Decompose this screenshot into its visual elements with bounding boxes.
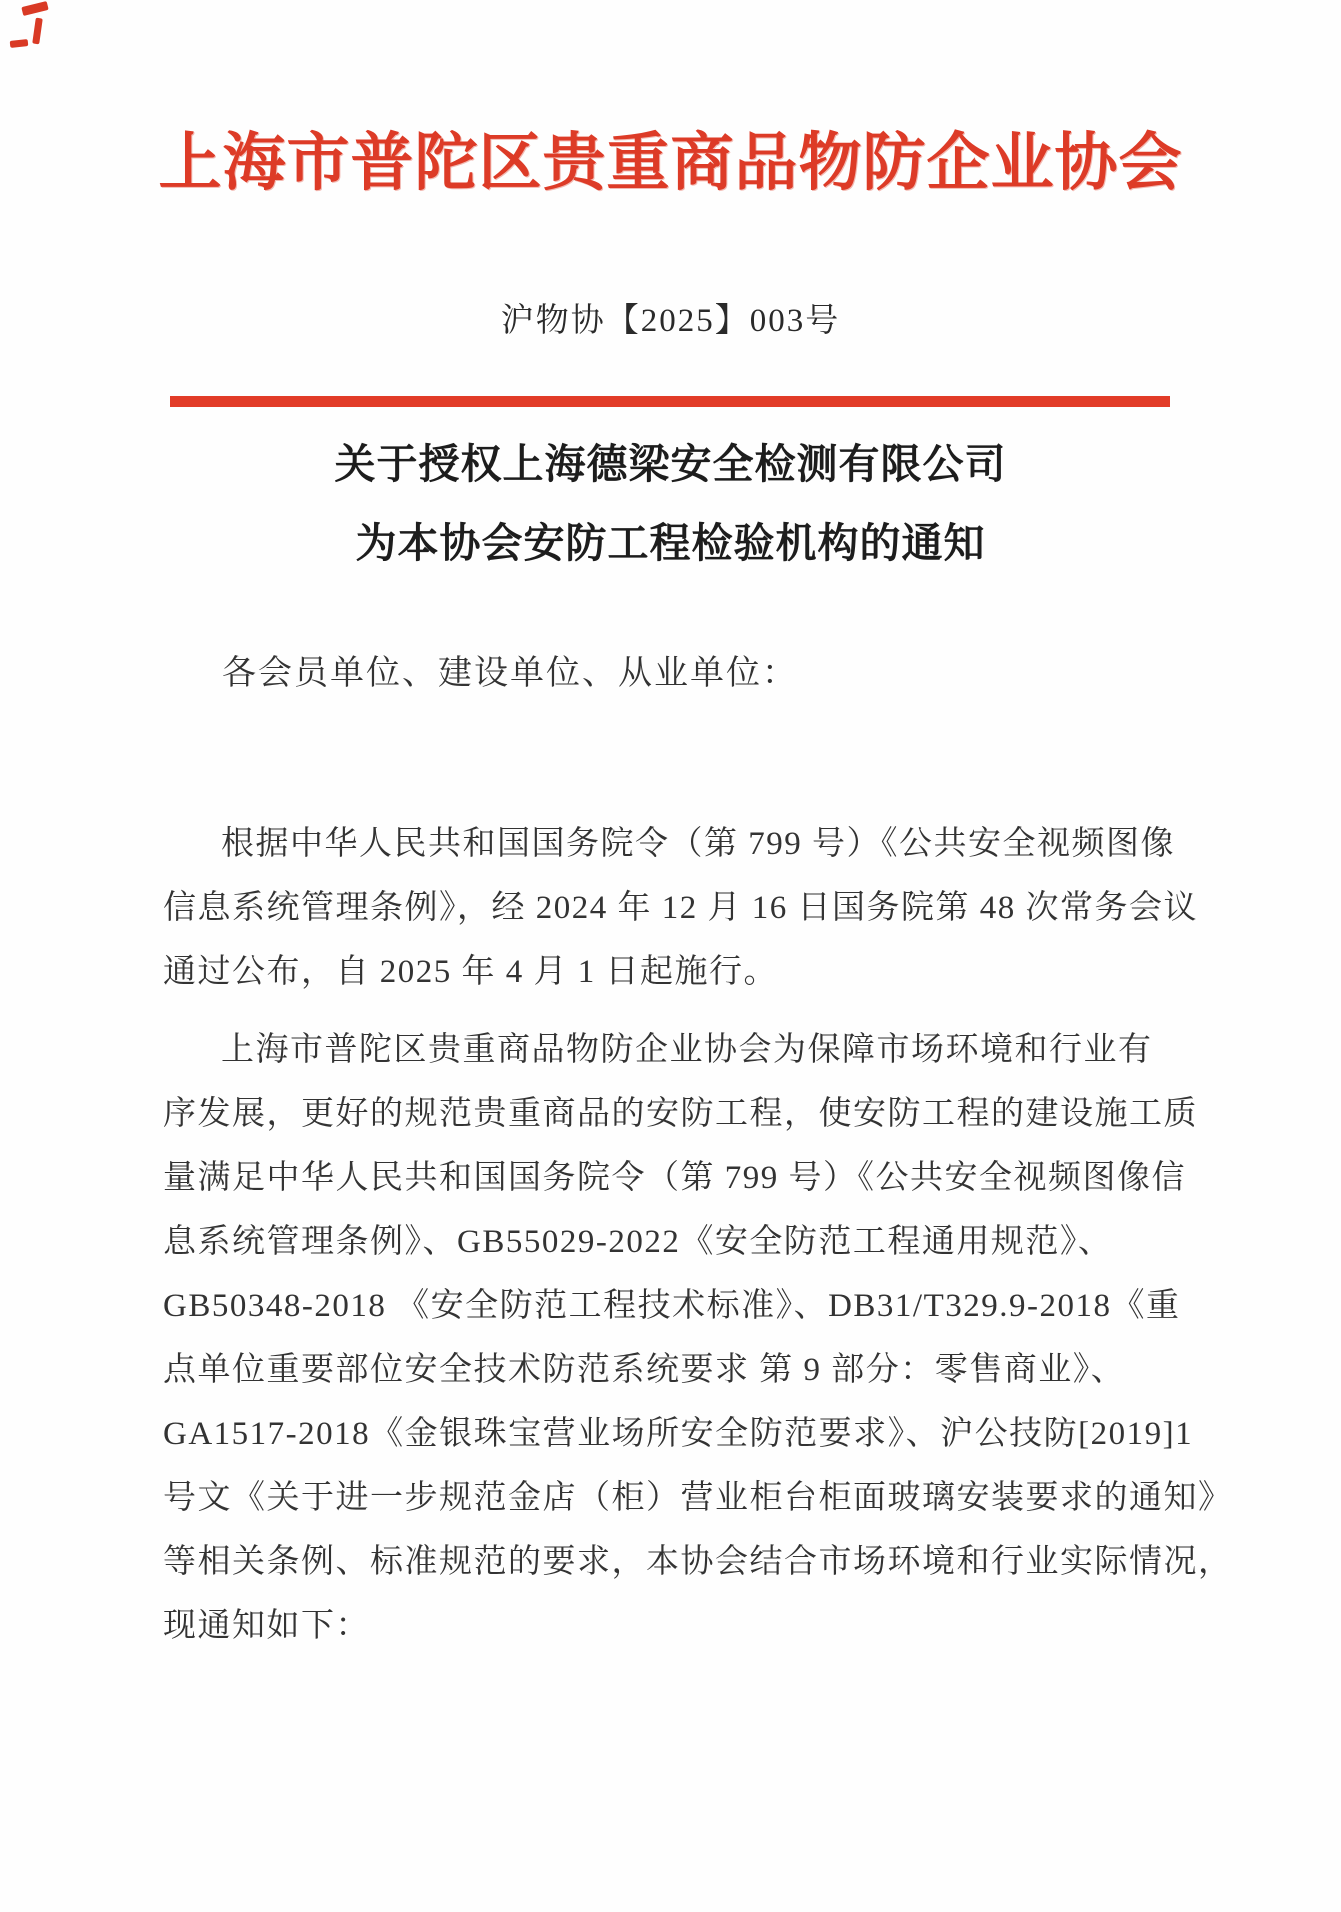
paragraph-line: 量满足中华人民共和国国务院令（第 799 号）《公共安全视频图像信 [163,1146,1183,1210]
subject-line-2: 为本协会安防工程检验机构的通知 [0,504,1341,583]
red-separator-line [170,396,1170,407]
salutation: 各会员单位、建设单位、从业单位： [222,650,798,698]
paragraph-line: 号文《关于进一步规范金店（柜）营业柜台柜面玻璃安装要求的通知》 [163,1466,1183,1530]
paragraph-line: GB50348-2018 《安全防范工程技术标准》、DB31/T329.9-20… [163,1274,1183,1338]
paragraph: 根据中华人民共和国国务院令（第 799 号）《公共安全视频图像信息系统管理条例》… [163,812,1183,1004]
paragraph-line: 现通知如下： [163,1594,1183,1658]
paragraph-line: 信息系统管理条例》，经 2024 年 12 月 16 日国务院第 48 次常务会… [163,876,1183,940]
scan-artifact [32,18,43,45]
scan-artifact [21,1,48,16]
paragraph-line: 上海市普陀区贵重商品物防企业协会为保障市场环境和行业有 [163,1018,1183,1082]
document-page: 上海市普陀区贵重商品物防企业协会 沪物协【2025】003号 关于授权上海德梁安… [0,0,1341,1912]
paragraph-line: 息系统管理条例》、GB55029-2022《安全防范工程通用规范》、 [163,1210,1183,1274]
subject-line-1: 关于授权上海德梁安全检测有限公司 [0,425,1341,504]
body-paragraphs: 根据中华人民共和国国务院令（第 799 号）《公共安全视频图像信息系统管理条例》… [163,812,1183,1658]
notice-subject: 关于授权上海德梁安全检测有限公司 为本协会安防工程检验机构的通知 [0,425,1341,583]
paragraph-line: GA1517-2018《金银珠宝营业场所安全防范要求》、沪公技防[2019]1 [163,1402,1183,1466]
paragraph-line: 点单位重要部位安全技术防范系统要求 第 9 部分：零售商业》、 [163,1338,1183,1402]
paragraph-line: 根据中华人民共和国国务院令（第 799 号）《公共安全视频图像 [163,812,1183,876]
document-number: 沪物协【2025】003号 [0,294,1341,341]
paragraph-line: 等相关条例、标准规范的要求，本协会结合市场环境和行业实际情况， [163,1530,1183,1594]
organization-title: 上海市普陀区贵重商品物防企业协会 [0,112,1341,203]
paragraph-line: 通过公布，自 2025 年 4 月 1 日起施行。 [163,940,1183,1004]
paragraph-line: 序发展，更好的规范贵重商品的安防工程，使安防工程的建设施工质 [163,1082,1183,1146]
scan-artifact [10,39,29,48]
paragraph: 上海市普陀区贵重商品物防企业协会为保障市场环境和行业有序发展，更好的规范贵重商品… [163,1018,1183,1658]
